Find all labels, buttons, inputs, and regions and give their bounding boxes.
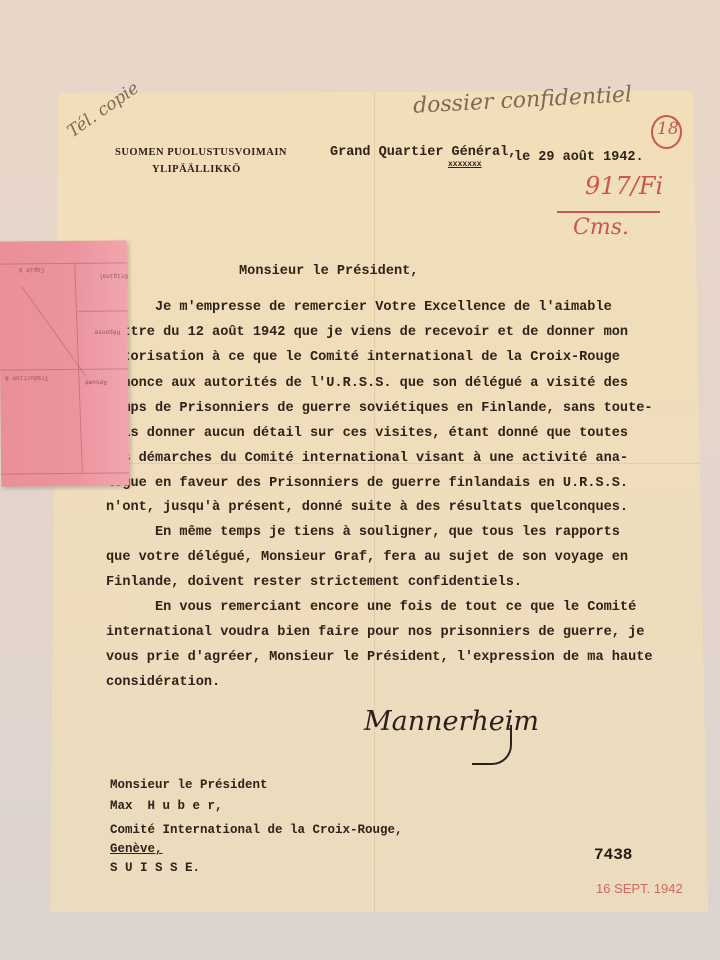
file-code: 917/Fi: [585, 172, 663, 200]
body-line: En même temps je tiens à souligner, que …: [106, 525, 620, 540]
body-line: En vous remerciant encore une fois de to…: [106, 600, 636, 615]
letter-date: le 29 août 1942.: [514, 150, 644, 165]
body-line: lettre du 12 août 1942 que je viens de r…: [106, 325, 628, 340]
slip-label: Traduction à: [5, 374, 48, 381]
address-line: Comité International de la Croix-Rouge,: [110, 823, 403, 837]
slip-label: Original: [99, 272, 128, 279]
body-line: Je m'empresse de remercier Votre Excelle…: [106, 300, 612, 315]
body-line: logue en faveur des Prisonniers de guerr…: [106, 476, 628, 491]
body-line: considération.: [106, 675, 220, 690]
letterhead-line2: YLIPÄÄLLIKKÖ: [152, 164, 241, 175]
address-country: S U I S S E.: [110, 861, 200, 875]
initials: Cms.: [573, 215, 629, 240]
body-line: n'ont, jusqu'à présent, donné suite à de…: [106, 500, 628, 515]
body-line: autorisation à ce que le Comité internat…: [106, 350, 620, 365]
body-line: les démarches du Comité international vi…: [106, 451, 628, 466]
letterhead-line1: SUOMEN PUOLUSTUSVOIMAIN: [115, 147, 287, 158]
body-line: annonce aux autorités de l'U.R.S.S. que …: [106, 376, 628, 391]
body-line: fois donner aucun détail sur ces visites…: [106, 426, 628, 441]
attached-pink-slip: Copie à Original Réponse Traduction à Ré…: [0, 240, 129, 486]
slip-label: Résumé: [85, 379, 107, 386]
place-heading: Grand Quartier Général,: [330, 145, 516, 160]
signature-flourish: [472, 725, 512, 765]
reference-number: 7438: [594, 846, 632, 864]
received-date-stamp: 16 SEPT. 1942: [596, 881, 683, 896]
file-code-divider: [557, 211, 660, 213]
address-city: Genève,: [110, 842, 163, 856]
salutation: Monsieur le Président,: [239, 264, 418, 279]
slip-label: Copie à: [19, 266, 44, 273]
body-line: vous prie d'agréer, Monsieur le Présiden…: [106, 650, 653, 665]
red-circle-mark: 18: [651, 115, 682, 149]
body-line: international voudra bien faire pour nos…: [106, 625, 644, 640]
address-line: Max H u b e r,: [110, 799, 223, 813]
signature: Mannerheim: [364, 706, 539, 737]
body-line: Finlande, doivent rester strictement con…: [106, 575, 522, 590]
body-line: que votre délégué, Monsieur Graf, fera a…: [106, 550, 628, 565]
body-line: camps de Prisonniers de guerre soviétiqu…: [106, 401, 653, 416]
circled-number: 18: [657, 119, 679, 139]
place-strikeout: xxxxxxx: [448, 160, 482, 169]
address-line: Monsieur le Président: [110, 778, 268, 792]
slip-label: Réponse: [95, 328, 120, 335]
